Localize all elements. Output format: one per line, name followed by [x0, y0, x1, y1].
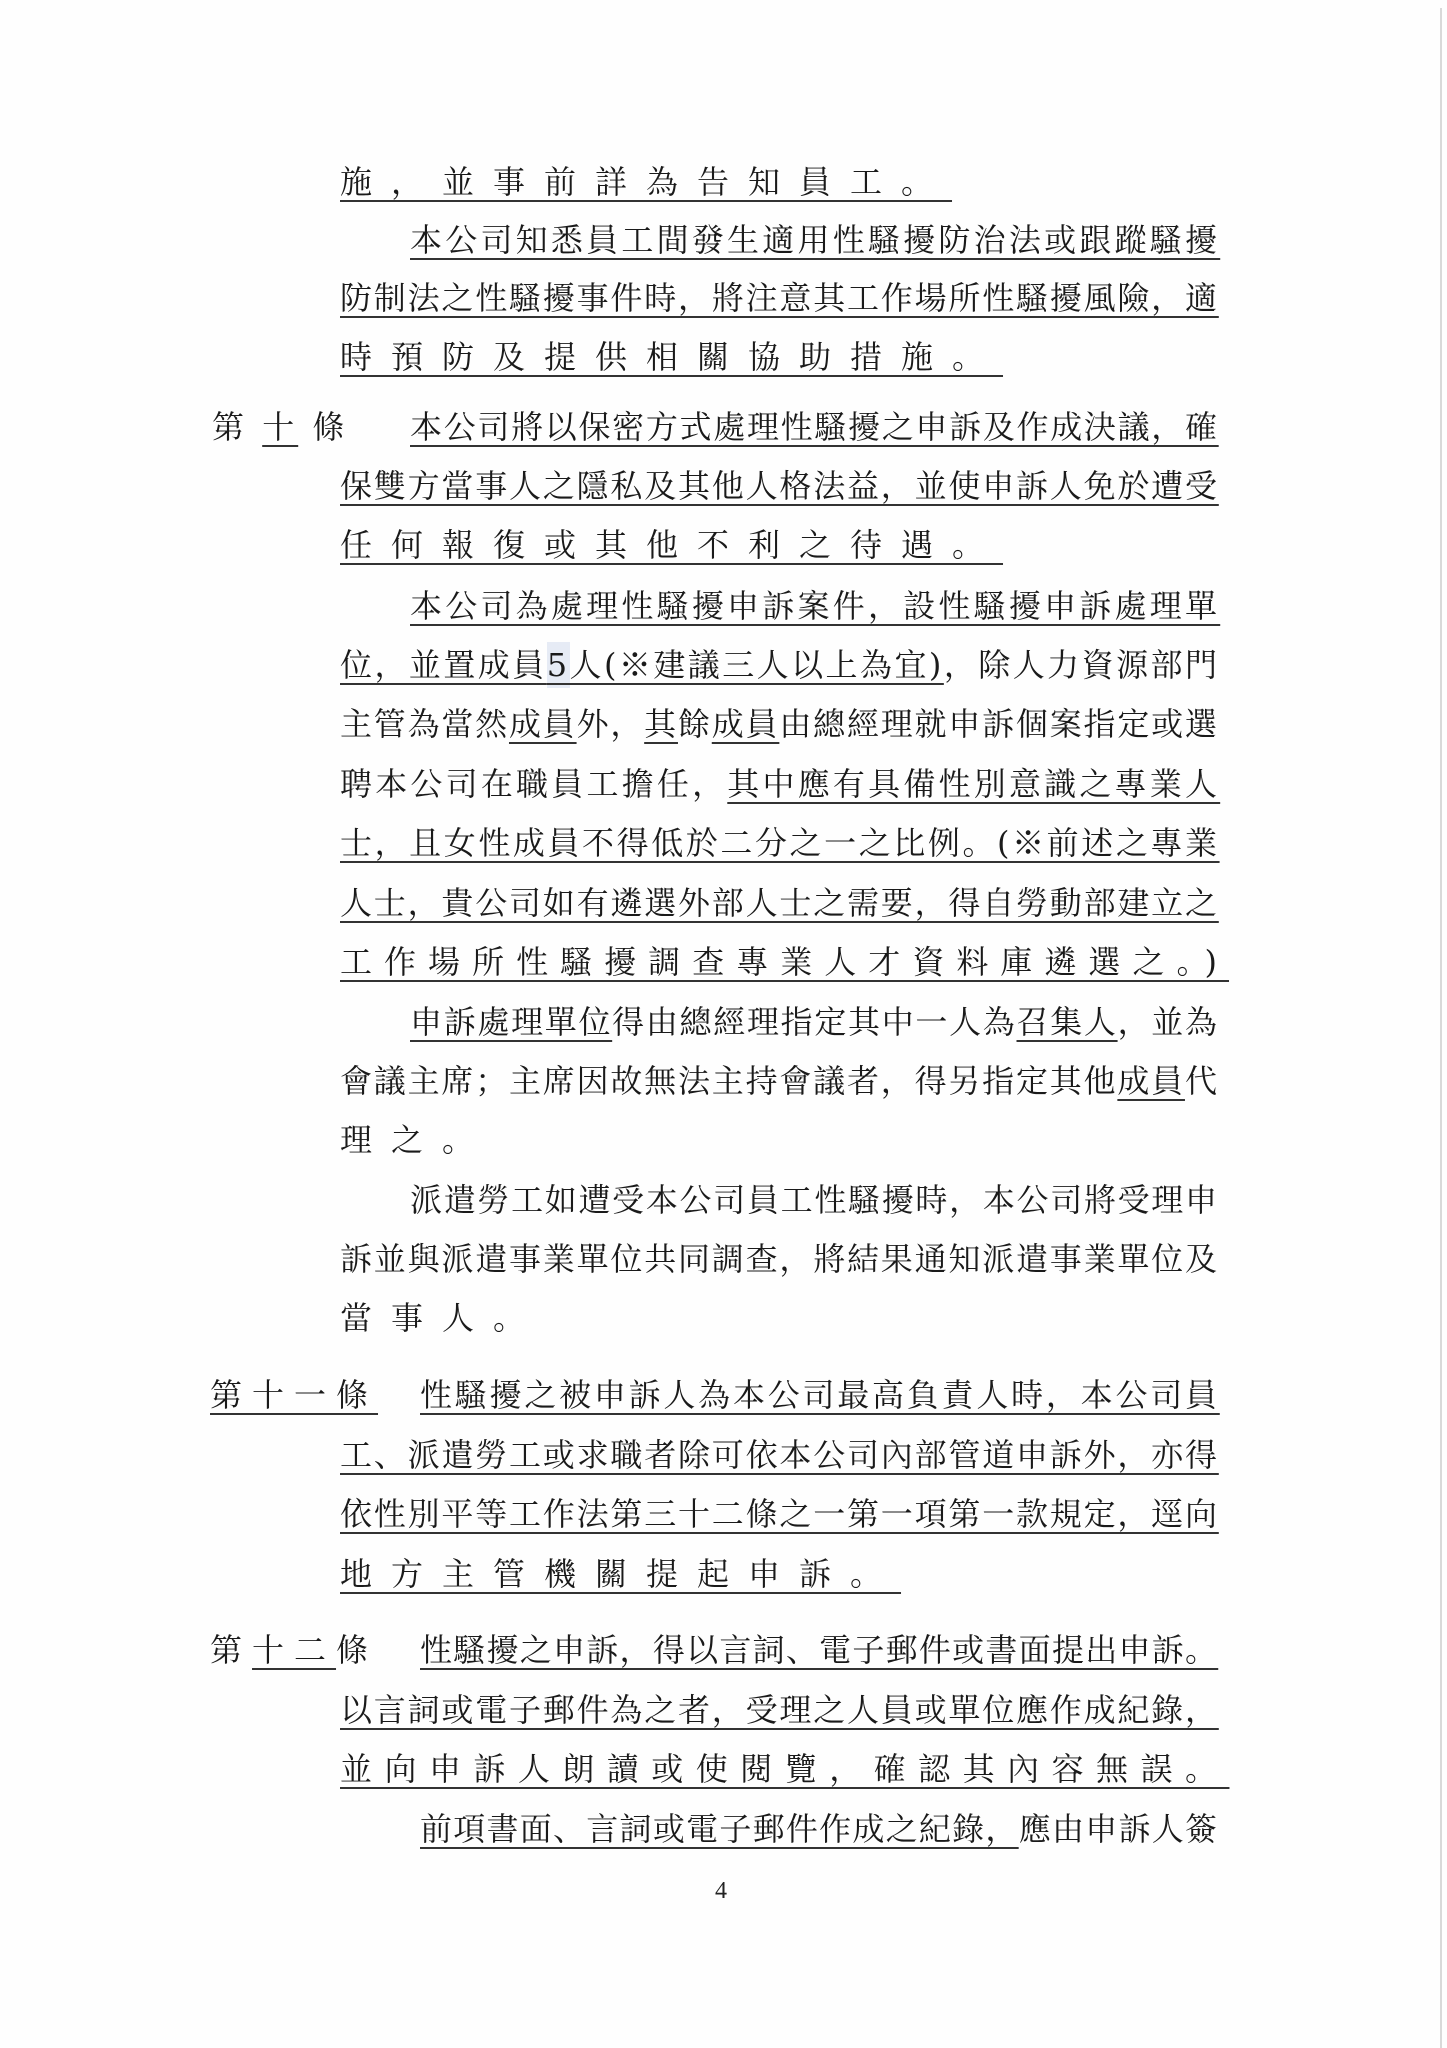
text-segment: 並向申訴人朗讀或使閱覽，確認其內容無誤。 [340, 1746, 1229, 1792]
text-line: 工作場所性騷擾調查專業人才資料庫遴選之。) [340, 939, 1229, 985]
text-line: 訴並與派遣事業單位共同調查，將結果通知派遣事業單位及 [340, 1236, 1219, 1282]
text-line: 以言詞或電子郵件為之者，受理之人員或單位應作成紀錄， [340, 1687, 1219, 1733]
text-segment: 應由申訴人簽 [1019, 1806, 1219, 1852]
text-segment: 人士，貴公司如有遴選外部人士之需要，得自勞動部建立之 [340, 880, 1219, 926]
text-segment: 由總經理就申訴個案指定或選 [779, 701, 1218, 747]
text-line: 本公司將以保密方式處理性騷擾之申訴及作成決議，確 [410, 404, 1219, 450]
text-segment: 前項書面、言詞或電子郵件作成之紀錄， [420, 1806, 1019, 1852]
text-segment: 聘本公司在職員工擔任， [340, 761, 727, 807]
text-line: 聘本公司在職員工擔任，其中應有具備性別意識之專業人 [340, 761, 1220, 807]
article-10-label: 第 十 條 [212, 404, 348, 450]
text-segment: 本公司將以保密方式處理性騷擾之申訴及作成決議，確 [410, 404, 1219, 450]
text-segment: 餘 [678, 701, 712, 747]
text-segment: 人(※建議三人以上為宜) [570, 642, 944, 688]
text-segment: 以言詞或電子郵件為之者，受理之人員或單位應作成紀錄， [340, 1687, 1219, 1733]
text-segment: 性騷擾之申訴，得以言詞、電子郵件或書面提出申訴。 [420, 1627, 1218, 1673]
text-line: 申訴處理單位得由總經理指定其中一人為召集人，並為 [410, 999, 1219, 1045]
text-segment: 時預防及提供相關協助措施。 [340, 334, 1003, 380]
text-line: 人士，貴公司如有遴選外部人士之需要，得自勞動部建立之 [340, 880, 1219, 926]
text-segment: 成員 [1117, 1058, 1185, 1104]
text-segment: 主管為當然 [340, 701, 509, 747]
text-line: 當事人。 [340, 1295, 544, 1341]
text-line: 位，並置成員5人(※建議三人以上為宜)，除人力資源部門 [340, 642, 1219, 688]
text-line: 保雙方當事人之隱私及其他人格法益，並使申訴人免於遭受 [340, 463, 1219, 509]
text-line: 性騷擾之被申訴人為本公司最高負責人時，本公司員 [420, 1372, 1220, 1418]
text-segment: 成員 [509, 701, 577, 747]
article-12-label: 第十二條 [210, 1627, 378, 1673]
text-segment: 施，並事前詳為告知員工。 [340, 159, 952, 205]
text-line: 施，並事前詳為告知員工。 [340, 159, 952, 205]
text-line: 時預防及提供相關協助措施。 [340, 334, 1003, 380]
text-segment: 士，且女性成員不得低於二分之一之比例。(※前述之專業 [340, 820, 1220, 866]
article-11-label: 第十一條 [210, 1372, 378, 1418]
text-segment: 依性別平等工作法第三十二條之一第一項第一款規定，逕向 [340, 1491, 1219, 1537]
text-segment: 防制法之性騷擾事件時，將注意其工作場所性騷擾風險，適 [340, 275, 1219, 321]
text-line: 理之。 [340, 1117, 493, 1163]
text-line: 前項書面、言詞或電子郵件作成之紀錄，應由申訴人簽 [420, 1806, 1218, 1852]
text-segment: 地方主管機關提起申訴。 [340, 1551, 901, 1597]
text-line: 工、派遣勞工或求職者除可依本公司內部管道申訴外，亦得 [340, 1432, 1219, 1478]
text-segment: 得由總經理指定其中一人為 [612, 999, 1016, 1045]
text-line: 主管為當然成員外，其餘成員由總經理就申訴個案指定或選 [340, 701, 1219, 747]
text-segment: 訴並與派遣事業單位共同調查，將結果通知派遣事業單位及 [340, 1236, 1219, 1282]
text-line: 會議主席；主席因故無法主持會議者，得另指定其他成員代 [340, 1058, 1219, 1104]
text-line: 並向申訴人朗讀或使閱覽，確認其內容無誤。 [340, 1746, 1229, 1792]
text-segment: 其中應有具備性別意識之專業人 [727, 761, 1220, 807]
text-segment: 召集人 [1017, 999, 1118, 1045]
text-line: 性騷擾之申訴，得以言詞、電子郵件或書面提出申訴。 [420, 1627, 1218, 1673]
text-line: 任何報復或其他不利之待遇。 [340, 522, 1003, 568]
text-segment: 成員 [712, 701, 780, 747]
text-line: 依性別平等工作法第三十二條之一第一項第一款規定，逕向 [340, 1491, 1219, 1537]
text-line: 派遣勞工如遭受本公司員工性騷擾時，本公司將受理申 [410, 1177, 1219, 1223]
text-segment: 本公司知悉員工間發生適用性騷擾防治法或跟蹤騷擾 [410, 217, 1220, 263]
document-page: 第 十 條 第十一條 第十二條 施，並事前詳為告知員工。本公司知悉員工間發生適用… [0, 0, 1447, 2048]
text-line: 本公司為處理性騷擾申訴案件，設性騷擾申訴處理單 [410, 583, 1220, 629]
text-segment: 位，並置成員 [340, 642, 547, 688]
text-segment: 保雙方當事人之隱私及其他人格法益，並使申訴人免於遭受 [340, 463, 1219, 509]
text-segment: 性騷擾之被申訴人為本公司最高負責人時，本公司員 [420, 1372, 1220, 1418]
text-segment: 派遣勞工如遭受本公司員工性騷擾時，本公司將受理申 [410, 1177, 1219, 1223]
text-segment: 其 [644, 701, 678, 747]
text-segment: 5 [547, 642, 570, 688]
text-line: 地方主管機關提起申訴。 [340, 1551, 901, 1597]
text-segment: 申訴處理單位 [410, 999, 612, 1045]
text-line: 防制法之性騷擾事件時，將注意其工作場所性騷擾風險，適 [340, 275, 1219, 321]
text-segment: ，並為 [1118, 999, 1219, 1045]
page-number: 4 [715, 1878, 727, 1905]
text-segment: 外， [577, 701, 645, 747]
text-line: 本公司知悉員工間發生適用性騷擾防治法或跟蹤騷擾 [410, 217, 1220, 263]
text-segment: ，除人力資源部門 [944, 642, 1220, 688]
text-segment: 理之。 [340, 1117, 493, 1163]
text-segment: 工、派遣勞工或求職者除可依本公司內部管道申訴外，亦得 [340, 1432, 1219, 1478]
text-segment: 代 [1185, 1058, 1219, 1104]
text-segment: 會議主席；主席因故無法主持會議者，得另指定其他 [340, 1058, 1117, 1104]
page-edge-divider [1440, 8, 1442, 2048]
text-line: 士，且女性成員不得低於二分之一之比例。(※前述之專業 [340, 820, 1220, 866]
text-segment: 任何報復或其他不利之待遇。 [340, 522, 1003, 568]
text-segment: 工作場所性騷擾調查專業人才資料庫遴選之。) [340, 939, 1229, 985]
text-segment: 當事人。 [340, 1295, 544, 1341]
text-segment: 本公司為處理性騷擾申訴案件，設性騷擾申訴處理單 [410, 583, 1220, 629]
